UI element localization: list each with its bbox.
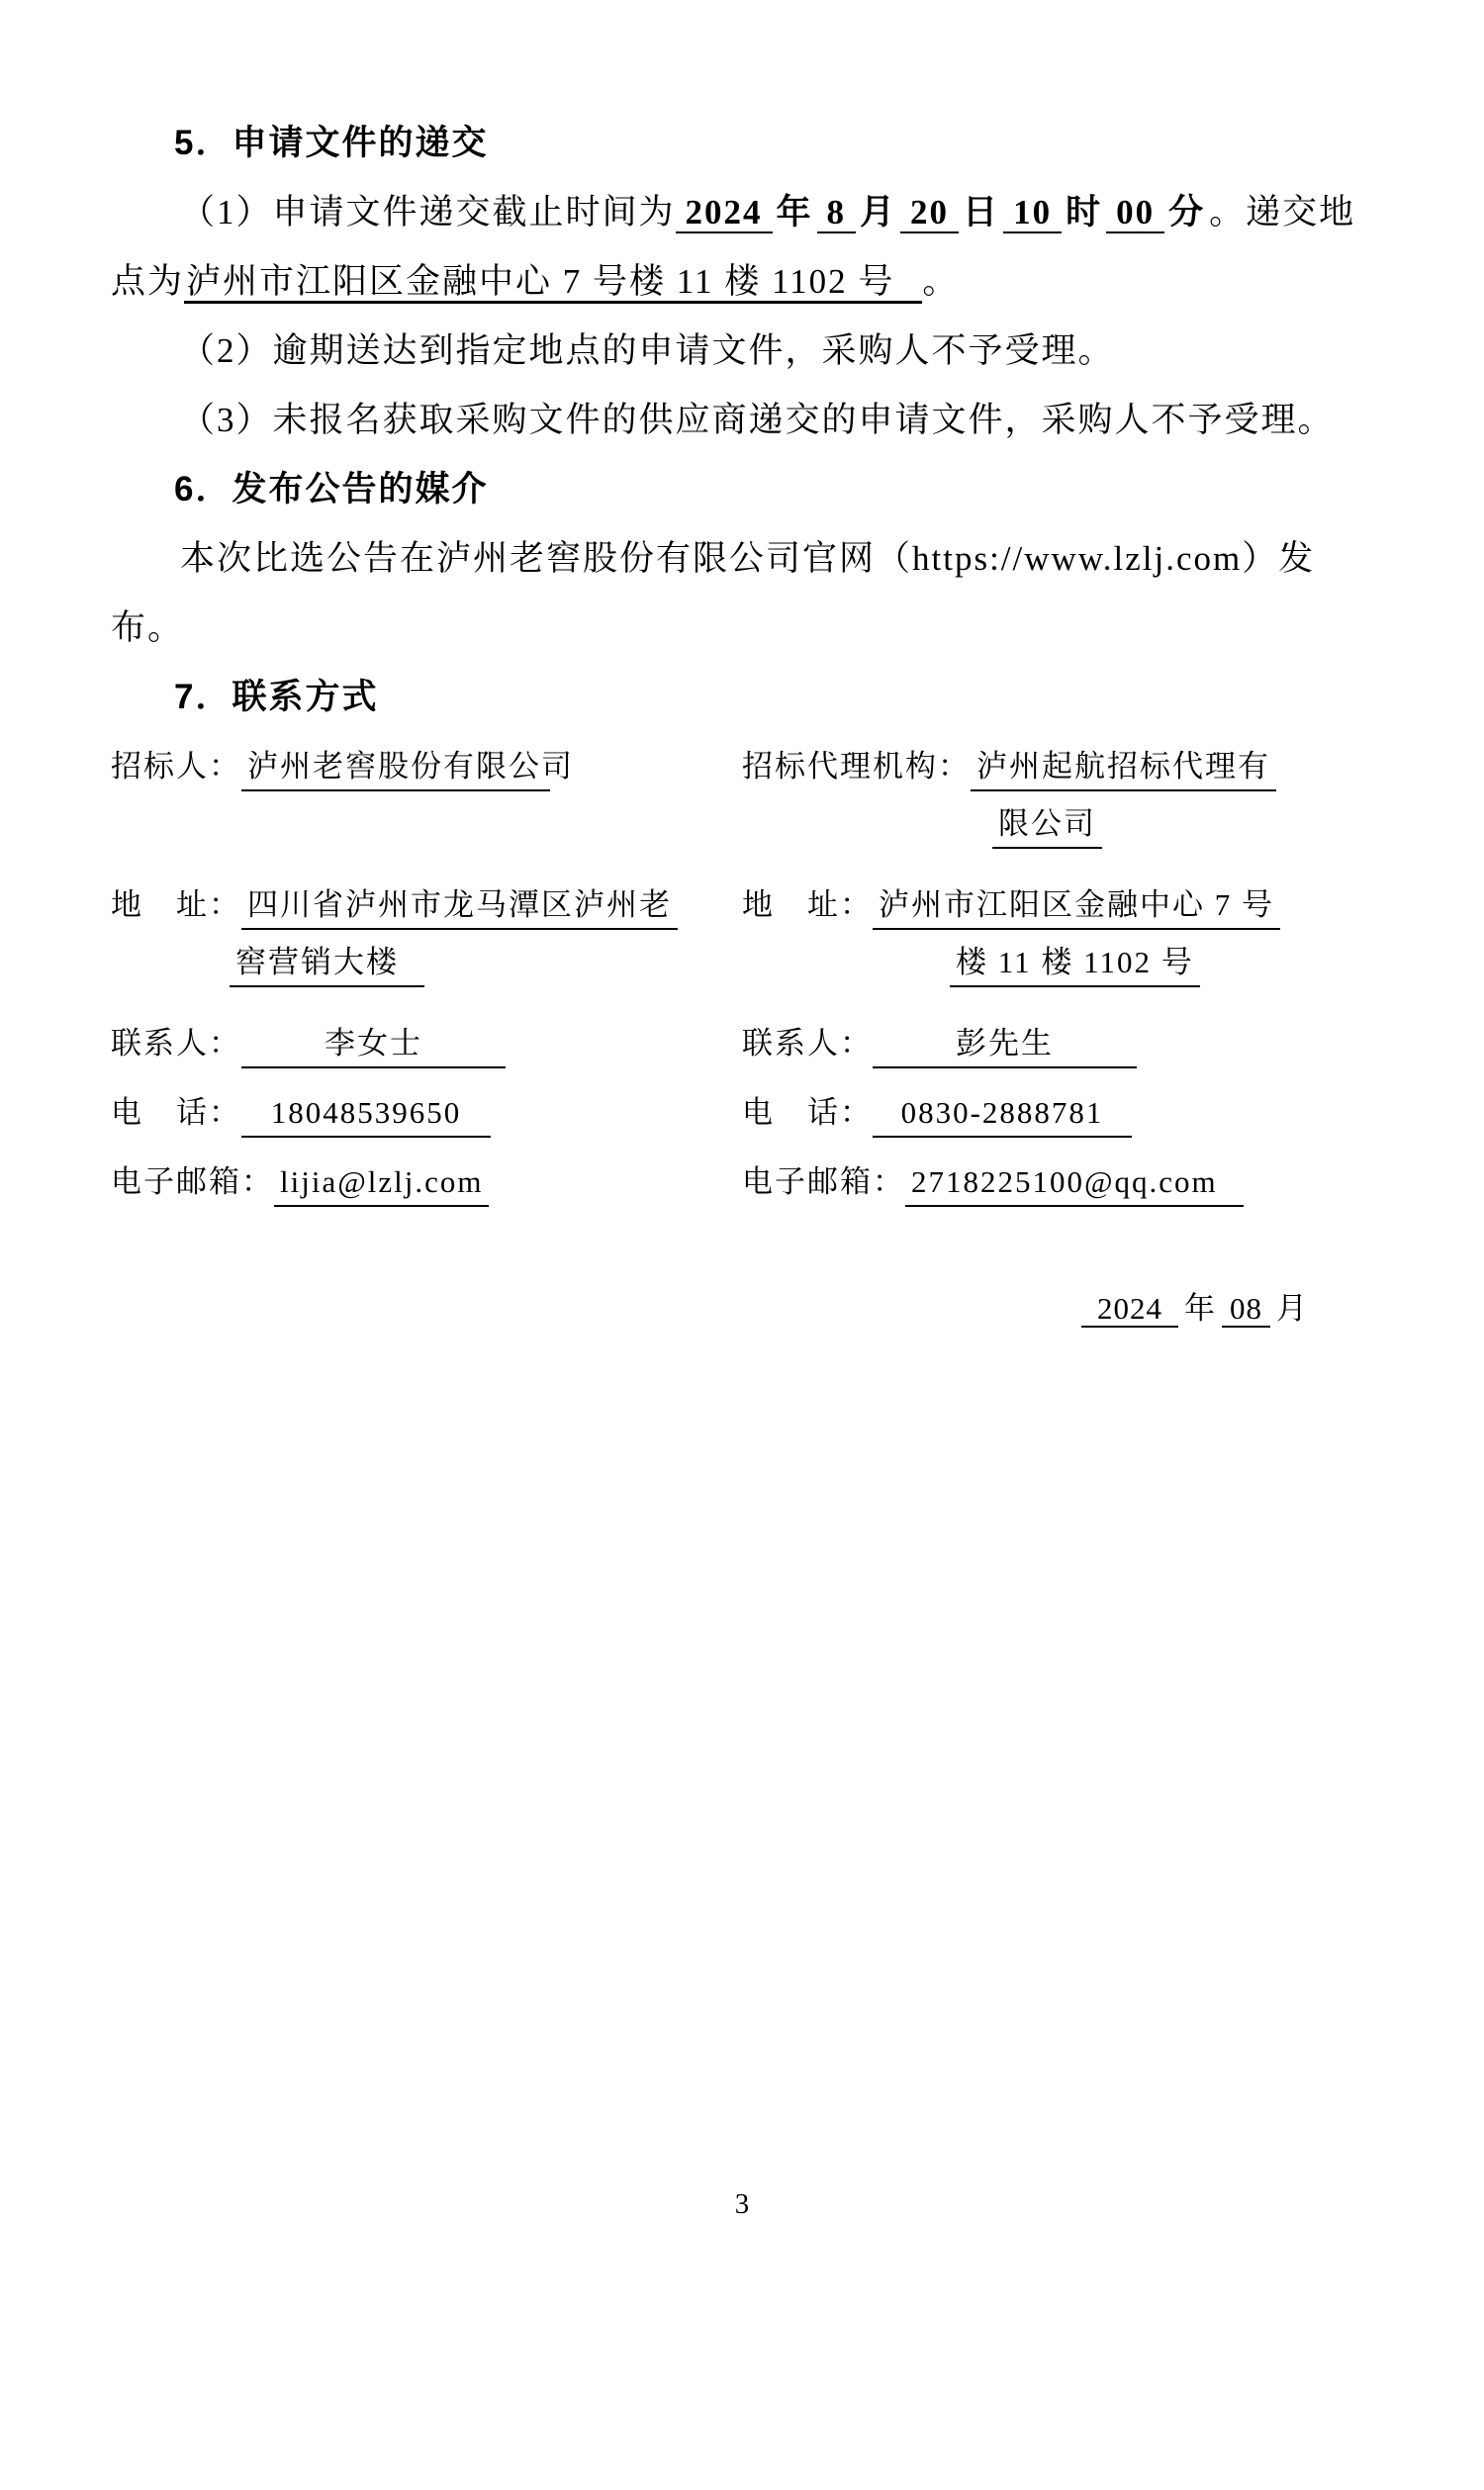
agency-address-row-2: 楼 11 楼 1102 号 [742,940,1377,1009]
p1-lead: （1）申请文件递交截止时间为 [180,193,676,231]
agency-phone-row: 电 话：0830-2888781 [742,1078,1377,1148]
date-year-value: 2024 [1081,1291,1178,1328]
agency-name-row-1: 招标代理机构：泸州起航招标代理有 [742,732,1377,801]
agency-address-line2: 楼 11 楼 1102 号 [950,940,1200,987]
tenderer-contact-value: 李女士 [241,1021,506,1068]
agency-phone-value: 0830-2888781 [873,1090,1132,1138]
p1-submission-address: 泸州市江阳区金融中心 7 号楼 11 楼 1102 号 [184,262,922,304]
tenderer-address-row-1: 地 址：四川省泸州市龙马潭区泸州老 [111,871,742,940]
section6-heading: 6．发布公告的媒介 [111,455,1377,524]
tenderer-column: 招标人：泸州老窖股份有限公司 地 址：四川省泸州市龙马潭区泸州老 窖营销大楼 联… [111,732,742,1217]
tenderer-phone-value: 18048539650 [241,1090,491,1138]
agency-name-label: 招标代理机构： [742,732,971,801]
section5-p1-line2: 点为泸州市江阳区金融中心 7 号楼 11 楼 1102 号。 [111,247,1377,317]
agency-name-line2: 限公司 [992,801,1102,849]
tenderer-name-row: 招标人：泸州老窖股份有限公司 [111,732,742,801]
p1-hour-value: 10 [1003,193,1062,233]
page-number: 3 [0,2188,1484,2221]
agency-address-row-1: 地 址：泸州市江阳区金融中心 7 号 [742,871,1377,940]
agency-email-row: 电子邮箱：2718225100@qq.com [742,1148,1377,1217]
date-month-unit: 月 [1276,1291,1308,1326]
p1-minute-unit: 分 [1168,193,1205,231]
agency-column: 招标代理机构：泸州起航招标代理有 限公司 地 址：泸州市江阳区金融中心 7 号 … [742,732,1377,1217]
tenderer-address-row-2: 窖营销大楼 [111,940,742,1009]
tenderer-email-row: 电子邮箱：lijia@lzlj.com [111,1148,742,1217]
tenderer-phone-row: 电 话：18048539650 [111,1078,742,1148]
tenderer-email-value: lijia@lzlj.com [274,1159,489,1207]
agency-name-row-2: 限公司 [742,801,1377,871]
p1-hour-unit: 时 [1066,193,1102,231]
section5-heading: 5．申请文件的递交 [111,109,1377,178]
p1-year-unit: 年 [777,193,813,231]
tenderer-contact-label: 联系人： [111,1009,241,1078]
tenderer-name-value: 泸州老窖股份有限公司 [241,744,550,791]
agency-address-line1: 泸州市江阳区金融中心 7 号 [873,882,1280,930]
p1-month-value: 8 [817,193,857,233]
p1-tail: 。递交地 [1209,193,1355,231]
p1-month-unit: 月 [860,193,896,231]
section5-p3: （3）未报名获取采购文件的供应商递交的申请文件，采购人不予受理。 [111,386,1377,455]
section5-p2: （2）逾期送达到指定地点的申请文件，采购人不予受理。 [111,317,1377,386]
agency-phone-label: 电 话： [742,1078,873,1148]
p1-minute-value: 00 [1106,193,1164,233]
tenderer-address-line2: 窖营销大楼 [230,940,424,987]
contact-table: 招标人：泸州老窖股份有限公司 地 址：四川省泸州市龙马潭区泸州老 窖营销大楼 联… [111,732,1377,1217]
agency-contact-row: 联系人：彭先生 [742,1009,1377,1078]
date-line: 2024年08月 [111,1274,1377,1343]
p1-line2-lead: 点为 [111,262,184,301]
document-page: 5．申请文件的递交 （1）申请文件递交截止时间为2024年8月20日10时00分… [0,0,1484,2490]
tenderer-address-line1: 四川省泸州市龙马潭区泸州老 [241,882,678,930]
tenderer-spacer-row [111,801,742,871]
tenderer-address-label: 地 址： [111,871,241,940]
tenderer-name-label: 招标人： [111,732,241,801]
agency-email-value: 2718225100@qq.com [905,1159,1244,1207]
agency-address-label: 地 址： [742,871,873,940]
tenderer-contact-row: 联系人：李女士 [111,1009,742,1078]
p1-year-value: 2024 [676,193,773,233]
date-year-unit: 年 [1184,1291,1216,1326]
tenderer-email-label: 电子邮箱： [111,1148,274,1217]
p1-line2-tail: 。 [922,262,959,301]
section7-heading: 7．联系方式 [111,663,1377,732]
document-content: 5．申请文件的递交 （1）申请文件递交截止时间为2024年8月20日10时00分… [111,109,1377,1343]
section6-line2: 布。 [111,594,1377,663]
agency-name-line1: 泸州起航招标代理有 [971,744,1276,791]
section5-p1-line1: （1）申请文件递交截止时间为2024年8月20日10时00分。递交地 [111,178,1377,247]
agency-email-label: 电子邮箱： [742,1148,905,1217]
section6-line1: 本次比选公告在泸州老窖股份有限公司官网（https://www.lzlj.com… [111,524,1377,594]
p1-day-value: 20 [900,193,959,233]
agency-contact-label: 联系人： [742,1009,873,1078]
date-month-value: 08 [1222,1291,1270,1328]
agency-contact-value: 彭先生 [873,1021,1137,1068]
p1-day-unit: 日 [963,193,999,231]
tenderer-phone-label: 电 话： [111,1078,241,1148]
